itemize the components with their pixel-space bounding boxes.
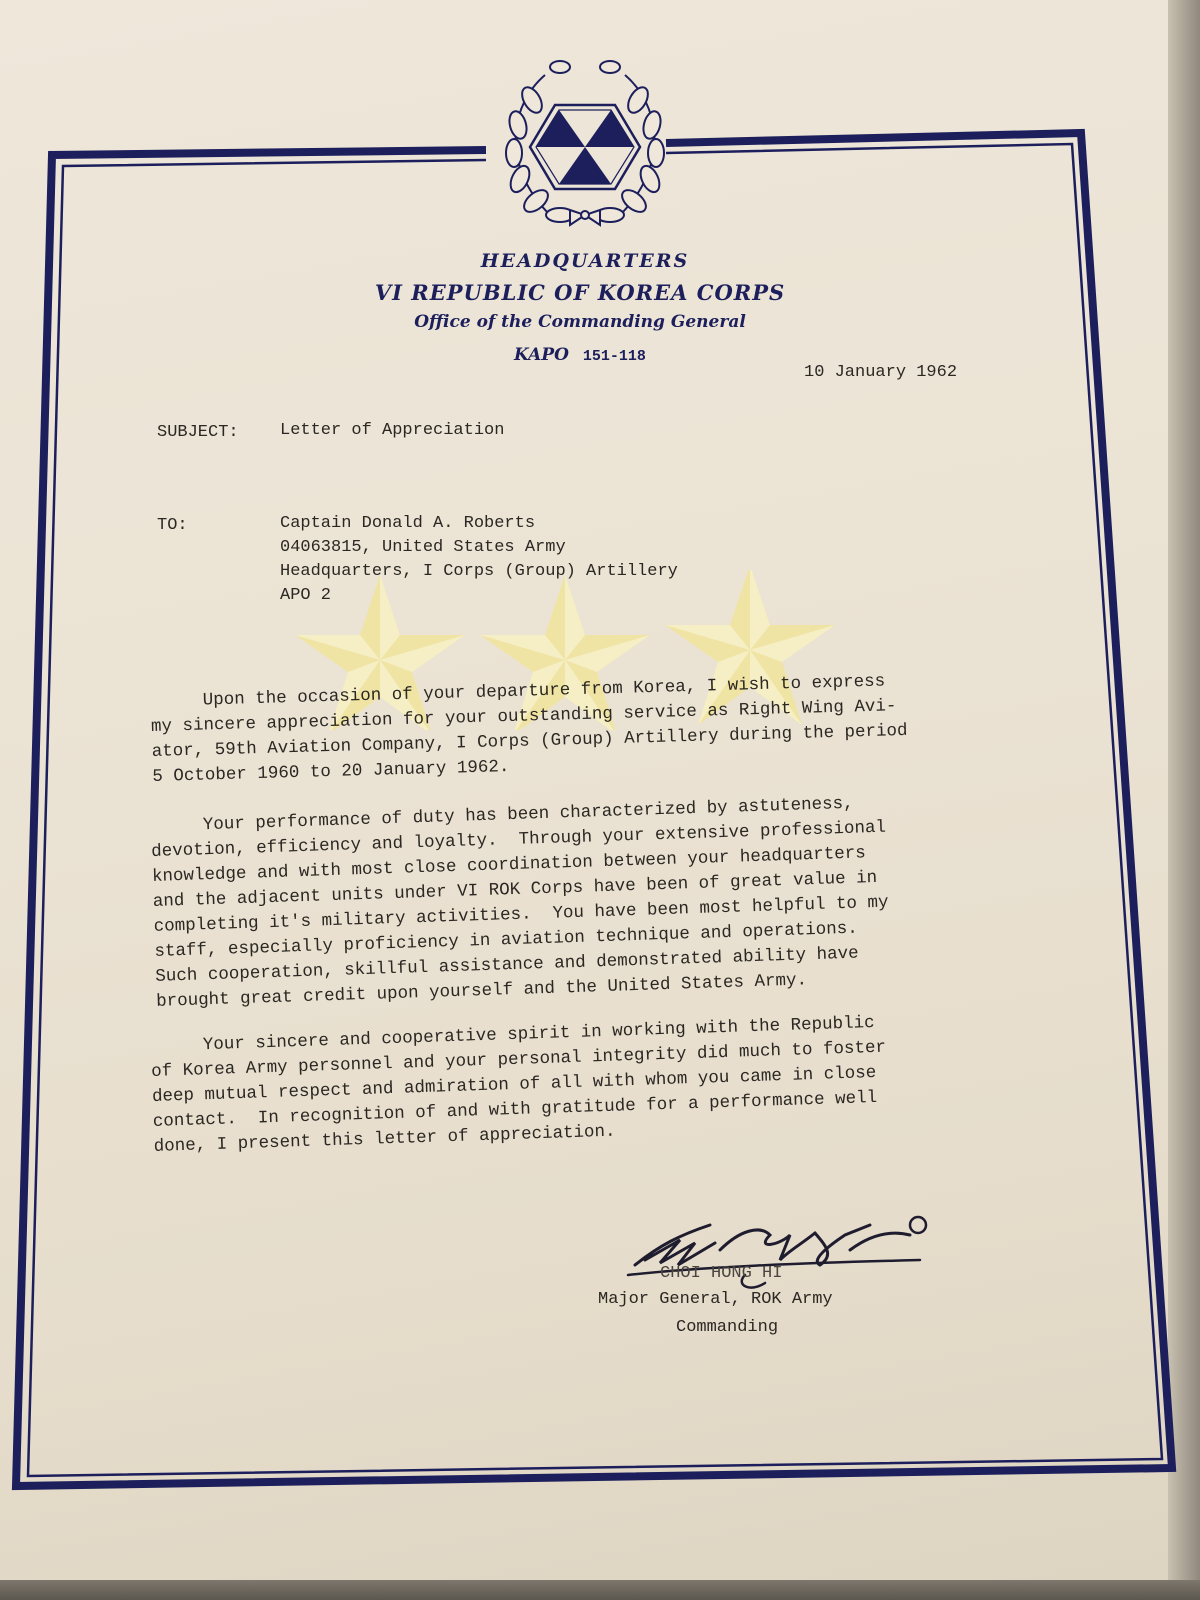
body-paragraph: Upon the occasion of your departure from… bbox=[150, 669, 909, 790]
letter-date: 10 January 1962 bbox=[804, 363, 957, 382]
address-line: 04063815, United States Army bbox=[280, 536, 678, 560]
body-paragraph: Your performance of duty has been charac… bbox=[150, 791, 891, 1015]
signatory-role: Commanding bbox=[676, 1318, 778, 1337]
letterhead-headquarters: HEADQUARTERS bbox=[420, 250, 750, 272]
letterhead-office: Office of the Commanding General bbox=[380, 312, 780, 332]
emblem-crest-icon bbox=[490, 55, 680, 235]
subject-value: Letter of Appreciation bbox=[280, 421, 504, 440]
kapo-number: 151-118 bbox=[583, 348, 646, 365]
signatory-name: CHOI HONG HI bbox=[660, 1264, 782, 1283]
address-line: Captain Donald A. Roberts bbox=[280, 512, 678, 536]
to-label: TO: bbox=[157, 516, 188, 535]
letterhead-kapo: KAPO151-118 bbox=[430, 345, 730, 365]
body-paragraph: Your sincere and cooperative spirit in w… bbox=[150, 1011, 889, 1160]
signatory-title: Major General, ROK Army bbox=[598, 1290, 833, 1309]
letterhead-corps: VI REPUBLIC OF KOREA CORPS bbox=[355, 280, 805, 305]
subject-label: SUBJECT: bbox=[157, 423, 239, 442]
kapo-label: KAPO bbox=[514, 345, 569, 365]
